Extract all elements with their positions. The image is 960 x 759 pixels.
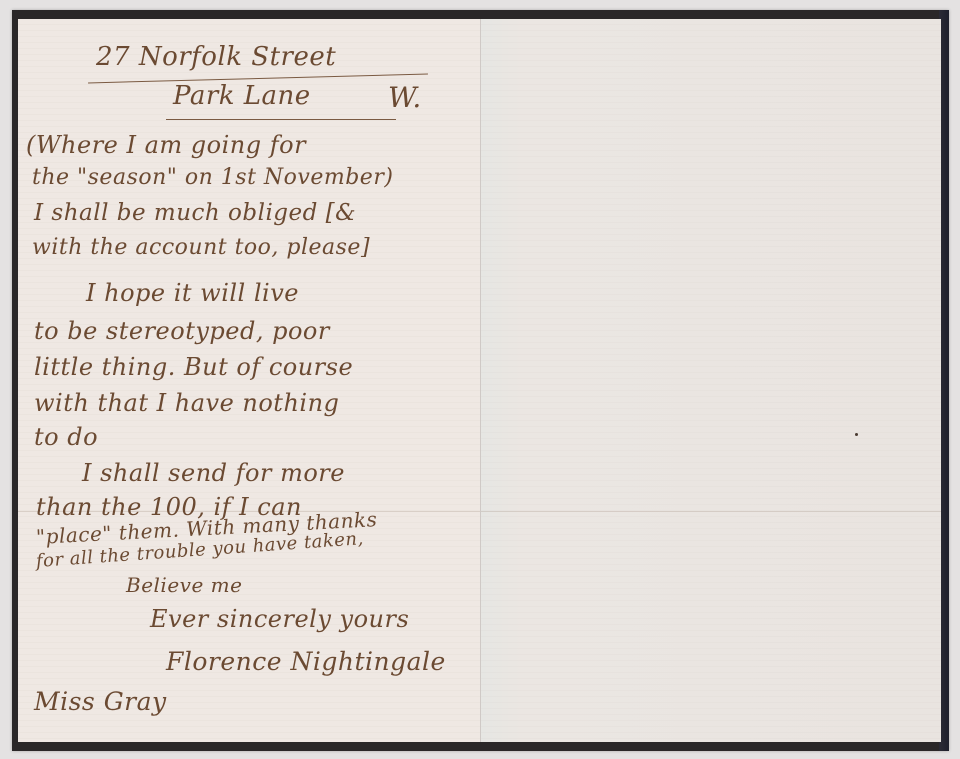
letter-sheet: 27 Norfolk Street Park Lane W. (Where I …	[18, 19, 941, 742]
body-line: Believe me	[126, 573, 242, 597]
address-line-1: 27 Norfolk Street	[96, 42, 336, 72]
body-line: to do	[34, 423, 98, 451]
closing: Ever sincerely yours	[150, 605, 409, 633]
signature: Florence Nightingale	[166, 647, 446, 676]
body-line: little thing. But of course	[34, 353, 353, 381]
body-line: I shall send for more	[82, 459, 345, 487]
body-line: I shall be much obliged [&	[34, 200, 356, 226]
postal-district: W.	[388, 81, 422, 114]
body-line: (Where I am going for	[26, 131, 306, 159]
right-page-blank	[481, 19, 942, 742]
body-line: with that I have nothing	[34, 389, 339, 417]
body-line: I hope it will live	[86, 279, 299, 307]
recipient: Miss Gray	[34, 687, 167, 716]
fold-crease	[481, 511, 942, 512]
address-underline	[166, 119, 396, 120]
body-line: the "season" on 1st November)	[32, 165, 393, 190]
address-line-2: Park Lane	[173, 81, 311, 111]
ink-speck	[855, 433, 858, 436]
left-page: 27 Norfolk Street Park Lane W. (Where I …	[18, 19, 481, 742]
body-line: with the account too, please]	[32, 235, 370, 260]
body-line: to be stereotyped, poor	[34, 317, 330, 345]
